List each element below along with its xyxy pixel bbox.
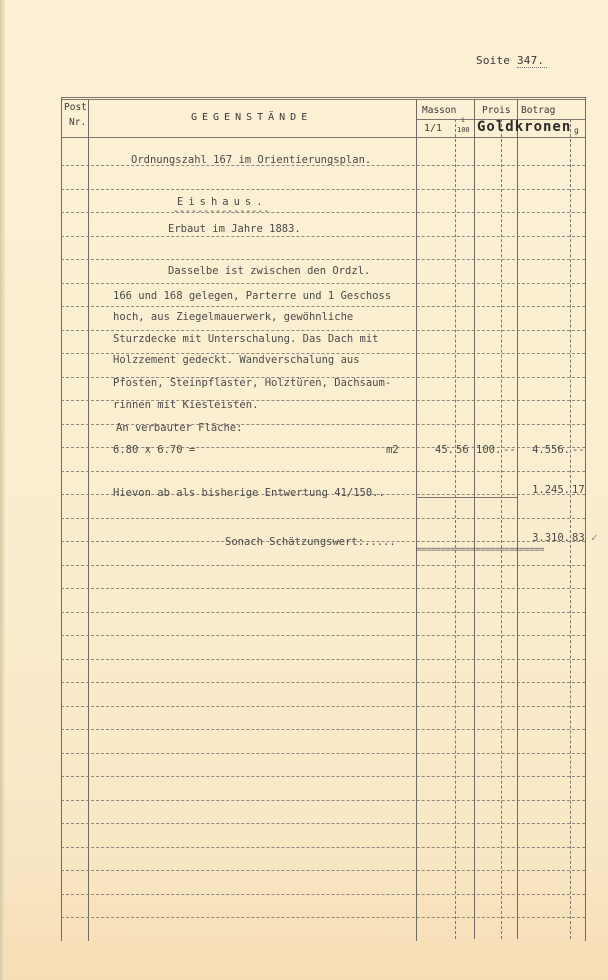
- col-border-items: [416, 99, 417, 941]
- header-masses: Masson: [422, 105, 456, 116]
- col-border-mass-sub: [455, 119, 456, 939]
- mass-whole: 45.: [426, 444, 454, 456]
- row-line: [61, 870, 585, 871]
- col-border-left: [61, 97, 62, 941]
- header-masses-frac-den: 100: [457, 126, 470, 134]
- row-line: [61, 847, 585, 848]
- table-top-border-inner: [61, 99, 585, 100]
- total-label: Sonach Schätzungswert:.....: [225, 536, 396, 548]
- col-border-masses: [474, 99, 475, 939]
- row-line: [61, 236, 585, 237]
- row-line: [61, 518, 585, 519]
- row-line: [61, 635, 585, 636]
- row-line: [61, 706, 585, 707]
- row-line: [61, 894, 585, 895]
- row-line: [61, 753, 585, 754]
- area-unit: m2: [386, 444, 399, 456]
- header-currency-suffix: g: [574, 126, 579, 135]
- row-line: [61, 682, 585, 683]
- row-line: [61, 729, 585, 730]
- header-bottom-border: [61, 137, 585, 138]
- row-line: [61, 800, 585, 801]
- header-amount: Botrag: [521, 105, 555, 116]
- header-masses-frac-num: 1: [461, 117, 465, 124]
- description-line-7: rinnen mit Kiesleisten.: [113, 399, 258, 411]
- col-border-right: [585, 97, 586, 941]
- page-number: Soite 347.: [476, 54, 547, 68]
- total-double-underline: ==========================: [416, 545, 544, 555]
- col-border-amount-sub: [570, 119, 571, 939]
- description-line-5: Holzzement gedeckt. Wandverschalung aus: [113, 354, 360, 366]
- row-line: [61, 330, 585, 331]
- area-formula: 6.80 x 6.70 =: [113, 444, 195, 456]
- header-post: Post: [64, 102, 87, 113]
- description-line-2: 166 und 168 gelegen, Parterre und 1 Gesc…: [113, 290, 391, 302]
- description-line-6: Pfosten, Steinpflaster, Holztüren, Dachs…: [113, 377, 391, 389]
- header-items: GEGENSTÄNDE: [191, 112, 312, 123]
- row-line: [61, 212, 585, 213]
- title-underline: ----------------: [173, 206, 269, 217]
- col-border-post: [88, 99, 89, 941]
- amount-fraction: --: [572, 444, 585, 456]
- page-label: Soite: [476, 54, 510, 67]
- price-fraction: --: [503, 444, 516, 456]
- header-price: Prois: [482, 105, 511, 116]
- col-border-price-sub: [501, 119, 502, 939]
- row-line: [61, 565, 585, 566]
- deduction-amount-fraction: 17: [572, 484, 585, 496]
- row-line: [61, 659, 585, 660]
- row-line: [61, 917, 585, 918]
- description-line-4: Sturzdecke mit Unterschalung. Das Dach m…: [113, 333, 379, 345]
- ordnungszahl-line: Ordnungszahl 167 im Orientierungsplan.: [131, 154, 371, 166]
- row-line: [61, 471, 585, 472]
- row-line: [61, 189, 585, 190]
- amount-whole: 4.556.: [527, 444, 570, 456]
- row-line: [61, 306, 585, 307]
- total-amount-whole: 3.310.: [527, 532, 570, 544]
- total-amount-fraction: 83: [572, 532, 585, 544]
- description-line-3: hoch, aus Ziegelmauerwerk, gewöhnliche: [113, 311, 353, 323]
- area-label: An verbauter Fläche:: [116, 422, 242, 434]
- header-masses-whole: 1/1: [424, 123, 442, 134]
- deduction-amount-whole: 1.245.: [527, 484, 570, 496]
- row-line: [61, 612, 585, 613]
- deduction-underline: [416, 497, 517, 498]
- price-whole: 100.: [476, 444, 501, 456]
- checkmark-icon: ✓: [591, 531, 598, 544]
- header-nr: Nr.: [69, 117, 86, 128]
- mass-fraction: 56: [456, 444, 469, 456]
- deduction-label: Hievon ab als bisherige Entwertung 41/15…: [113, 487, 385, 499]
- row-line: [61, 259, 585, 260]
- row-line: [61, 283, 585, 284]
- description-line-1: Dasselbe ist zwischen den Ordzl.: [168, 265, 370, 277]
- row-line: [61, 823, 585, 824]
- col-border-price: [517, 99, 518, 939]
- built-year-line: Erbaut im Jahre 1883.: [168, 223, 301, 235]
- row-line: [61, 776, 585, 777]
- header-currency: Goldkronen: [477, 119, 571, 135]
- page-number-value: 347.: [517, 54, 547, 68]
- page-edge: [0, 0, 5, 980]
- table-top-border: [61, 97, 585, 98]
- row-line: [61, 588, 585, 589]
